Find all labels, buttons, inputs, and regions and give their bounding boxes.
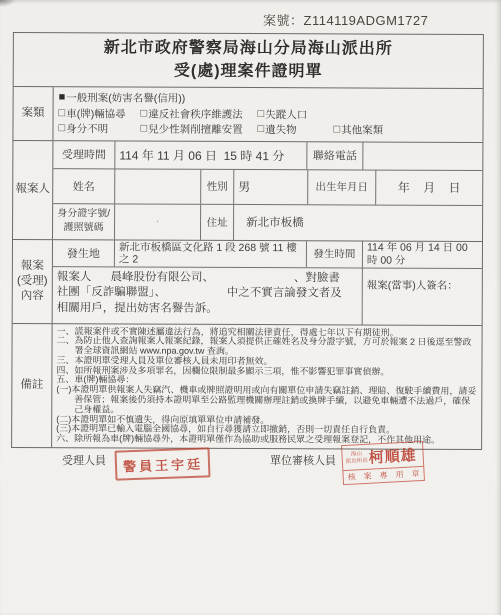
checkbox-icon: □ [141,108,148,119]
case-type-section: 案類 ■一般刑案(妨害名譽(信用))□車(牌)輛協尋□違反社會秩序維護法□失蹤人… [13,87,482,143]
reviewer-stamp-bottom-char: 案 [363,471,372,482]
checkbox-checked-icon: ■ [59,92,66,103]
id-label-line2: 護照號碼 [57,221,110,235]
report-content-text: 報案人 晨峰股份有限公司、 、對臉書社團「反詐騙聯盟」、 中之不實言論發文者及相… [53,267,363,324]
phone-label: 聯絡電話 [307,142,363,169]
case-type-options: ■一般刑案(妨害名譽(信用))□車(牌)輛協尋□違反社會秩序維護法□失蹤人口□身… [53,87,482,141]
checkbox-icon: □ [333,125,340,136]
signature-footer: 受理人員 警員王宇廷 單位審核人員 海山 派出所長 柯順雄 核案專用章 [0,446,501,483]
case-type-row: □身分不明□兒少性剝削擅離安置□遺失物□其他案類 [58,121,480,138]
case-number-value: Z114119ADGM1727 [304,13,429,28]
case-type-option: □其他案類 [333,123,383,138]
report-content-label-line2: (受理) [17,273,48,288]
case-type-row: □車(牌)輛協尋□違反社會秩序維護法□失蹤人口 [59,106,481,123]
report-content-line: 社團「反詐騙聯盟」、 中之不實言論發文者及 [57,285,362,302]
case-type-option-label: 兒少性剝削擅離安置 [148,122,243,137]
case-type-option-label: 車(牌)輛協尋 [66,106,126,121]
remarks-section: 備註 一、謊報案件或不實陳述屬違法行為，將追究相關法律責任，得處七年以下有期徒刑… [12,323,482,449]
checkbox-icon: □ [257,124,264,135]
case-type-option: □失蹤人口 [258,107,308,122]
reviewer-label: 單位審核人員 [270,452,336,468]
name-row: 姓名 性別 男 出生年月日 年 月 日 [53,169,482,206]
handler-label: 受理人員 [62,452,106,468]
address-label: 住址 [201,204,234,239]
case-type-option: □身分不明 [58,121,140,136]
case-type-option: □違反社會秩序維護法 [141,106,258,122]
handler-stamp-text: 警員王宇廷 [123,457,203,475]
form-title-line2: 受(處)理案件證明單 [14,59,483,84]
scan-smudge [0,0,16,7]
checkbox-icon: □ [140,124,147,135]
case-type-option-label: 違反社會秩序維護法 [148,106,243,121]
reporter-section: 報案人 受理時間 114 年 11 月 06 日 15 時 41 分 聯絡電話 … [13,140,482,241]
case-type-option-label: 一般刑案(妨害名譽(信用)) [66,90,185,106]
accept-time-value: 114 年 11 月 06 日 15 時 41 分 [115,141,307,169]
remarks-list: 一、謊報案件或不實陳述屬違法行為，將追究相關法律責任，得處七年以下有期徒刑。二、… [52,324,482,449]
reviewer-stamp-bottom-char: 核 [347,471,356,482]
reviewer-stamp-name: 柯順雄 [368,444,417,467]
handler-stamp: 警員王宇廷 [115,447,211,480]
case-type-option: □兒少性剝削擅離安置 [140,122,257,138]
case-type-option-label: 其他案類 [341,123,383,138]
remark-item: (一)本證明單供報案人失竊汽、機車或牌照證明用或向有關單位申請失竊註銷、理賠、復… [56,385,477,416]
case-type-option-label: 身分不明 [66,121,108,136]
checkbox-icon: □ [58,123,65,134]
case-type-option: □遺失物 [257,122,333,137]
remarks-label: 備註 [12,323,53,447]
gender-value: 男 [234,169,308,203]
report-content-section: 報案 (受理) 內容 發生地 新北市板橋區文化路 1 段 268 號 11 樓之… [13,239,482,325]
birth-value: 年 月 日 [376,170,482,204]
case-type-option-label: 遺失物 [265,122,297,137]
reviewer-stamp-bottom-char: 章 [411,468,420,479]
reviewer-stamp-small-text: 海山 派出所長 [344,451,369,465]
location-row: 發生地 新北市板橋區文化路 1 段 268 號 11 樓之 2 發生時間 114… [53,240,482,269]
report-content-line: 報案人 晨峰股份有限公司、 、對臉書 [57,270,362,287]
id-address-row: 身分證字號/護照號碼 ‧ 住址 新北市板橋 [53,204,482,241]
checkbox-icon: □ [59,108,66,119]
occur-time-value: 114 年 06 月 14 日 00 時 00 分 [363,241,482,268]
address-value: 新北市板橋 [234,204,482,240]
case-number: 案號：Z114119ADGM1727 [263,10,428,29]
checkbox-icon: □ [258,109,265,120]
case-type-row: ■一般刑案(妨害名譽(信用)) [59,90,481,107]
report-content-line: 相關用戶，提出妨害名譽告訴。 [57,301,362,318]
id-value: ‧ [156,216,159,227]
id-label: 身分證字號/護照號碼 [53,204,115,239]
location-value: 新北市板橋區文化路 1 段 268 號 11 樓之 2 [115,240,307,267]
reporter-section-label: 報案人 [13,140,53,238]
name-value [115,169,201,203]
reviewer-stamp-bottom-char: 專 [379,470,388,481]
report-content-label-line3: 內容 [21,289,44,304]
id-label-line1: 身分證字號/ [57,207,110,221]
birth-label: 出生年月日 [308,170,376,204]
accept-time-label: 受理時間 [53,141,115,168]
content-row: 報案人 晨峰股份有限公司、 、對臉書社團「反詐騙聯盟」、 中之不實言論發文者及相… [53,267,482,325]
signature-label: 報案(當事)人簽名： [363,268,482,325]
case-type-option: ■一般刑案(妨害名譽(信用)) [59,90,186,106]
case-type-option: □車(牌)輛協尋 [59,106,141,121]
form-title: 新北市政府警察局海山分局海山派出所 受(處)理案件證明單 [14,33,483,89]
reviewer-stamp-bottom-char: 用 [395,469,404,480]
occur-time-label: 發生時間 [307,241,363,267]
case-certificate-form: 新北市政府警察局海山分局海山派出所 受(處)理案件證明單 案類 ■一般刑案(妨害… [11,32,484,450]
reviewer-stamp: 海山 派出所長 柯順雄 核案專用章 [341,441,425,485]
report-content-label-line1: 報案 [21,259,44,274]
accept-time-row: 受理時間 114 年 11 月 06 日 15 時 41 分 聯絡電話 [53,141,482,171]
report-content-label: 報案 (受理) 內容 [13,239,53,322]
location-label: 發生地 [53,240,115,266]
reviewer-stamp-bottom-text: 核案專用章 [343,466,424,484]
case-number-label: 案號： [263,13,304,28]
case-type-label: 案類 [13,87,53,140]
reviewer-stamp-small-line2: 派出所長 [345,457,369,465]
gender-label: 性別 [201,169,234,203]
form-title-line1: 新北市政府警察局海山分局海山派出所 [14,36,483,61]
name-label: 姓名 [53,169,115,203]
case-type-option-label: 失蹤人口 [265,107,307,122]
phone-value [363,142,482,170]
